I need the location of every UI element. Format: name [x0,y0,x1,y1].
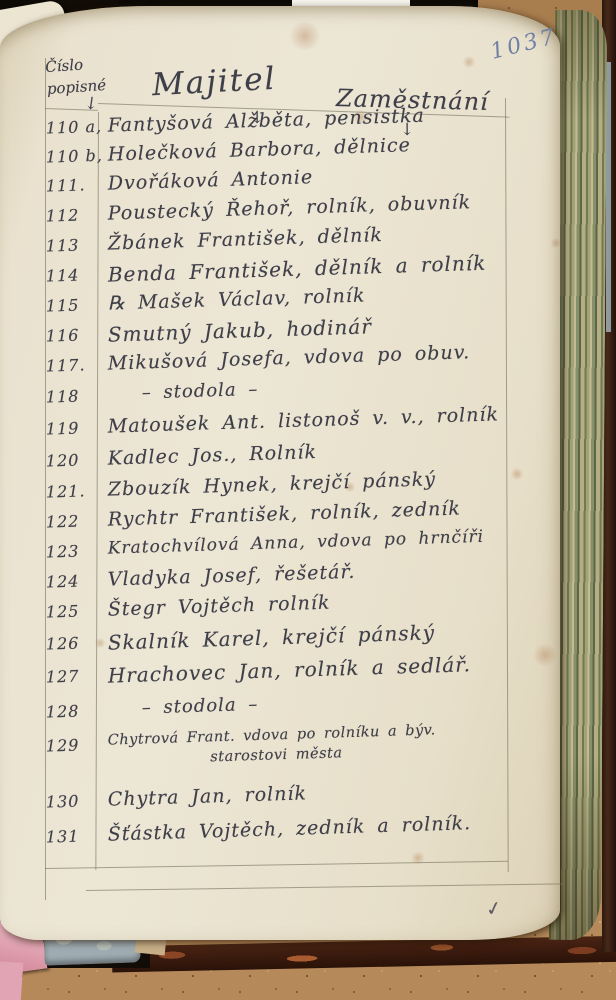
house-number: 122 [46,512,80,532]
foxing-spot [288,22,322,50]
house-number: 110 b, [46,146,104,167]
house-number: 114 [46,266,80,286]
house-number: 119 [46,419,80,439]
house-number: 128 [46,702,80,722]
house-number: 121. [46,481,86,501]
pink-paper-scrap [0,961,23,1000]
house-number: 130 [46,792,80,812]
table-line-bottom [45,861,508,869]
entry-text: Fantyšová Alžběta, pensistka [107,105,425,137]
house-number: 124 [46,572,80,592]
house-number: 116 [46,326,80,346]
house-number: 131 [46,827,80,847]
entry-text: – stodola – [141,379,258,404]
page-number: 1037 [488,24,560,65]
foxing-spot [462,56,476,68]
entry-text: Šťástka Vojtěch, zedník a rolník. [107,812,471,845]
photographed-ledger-scene: Číslo popisné Majitel Zaměstnání ↓ ↓ ↓ 1… [0,0,616,1000]
house-number: 113 [46,236,80,256]
house-number: 127 [46,667,80,687]
house-number: 110 a, [46,117,103,138]
table-line-bottom-outer [86,883,564,891]
ledger-page: Číslo popisné Majitel Zaměstnání ↓ ↓ ↓ 1… [0,6,560,940]
entry-text: Kadlec Jos., Rolník [107,441,317,470]
column-header-owner: Majitel [151,61,277,103]
house-number: 112 [46,206,80,226]
check-mark: ✓ [484,897,504,922]
house-number: 123 [46,542,80,562]
house-number: 115 [46,296,80,316]
entry-text: Chytra Jan, rolník [107,782,307,810]
house-number: 125 [46,602,80,622]
house-number: 117. [46,355,86,375]
entry-text: – stodola – [141,694,258,719]
house-number: 126 [46,634,80,654]
house-number: 118 [46,387,80,407]
house-number: 111. [46,175,86,195]
bookmark-stripe [606,62,611,332]
house-number: 120 [46,451,80,471]
house-number: 129 [46,736,80,756]
entry-text-line2: starostovi města [210,745,343,765]
column-header-house-number: Číslo popisné [45,52,107,100]
down-arrow-icon: ↓ [83,93,100,115]
